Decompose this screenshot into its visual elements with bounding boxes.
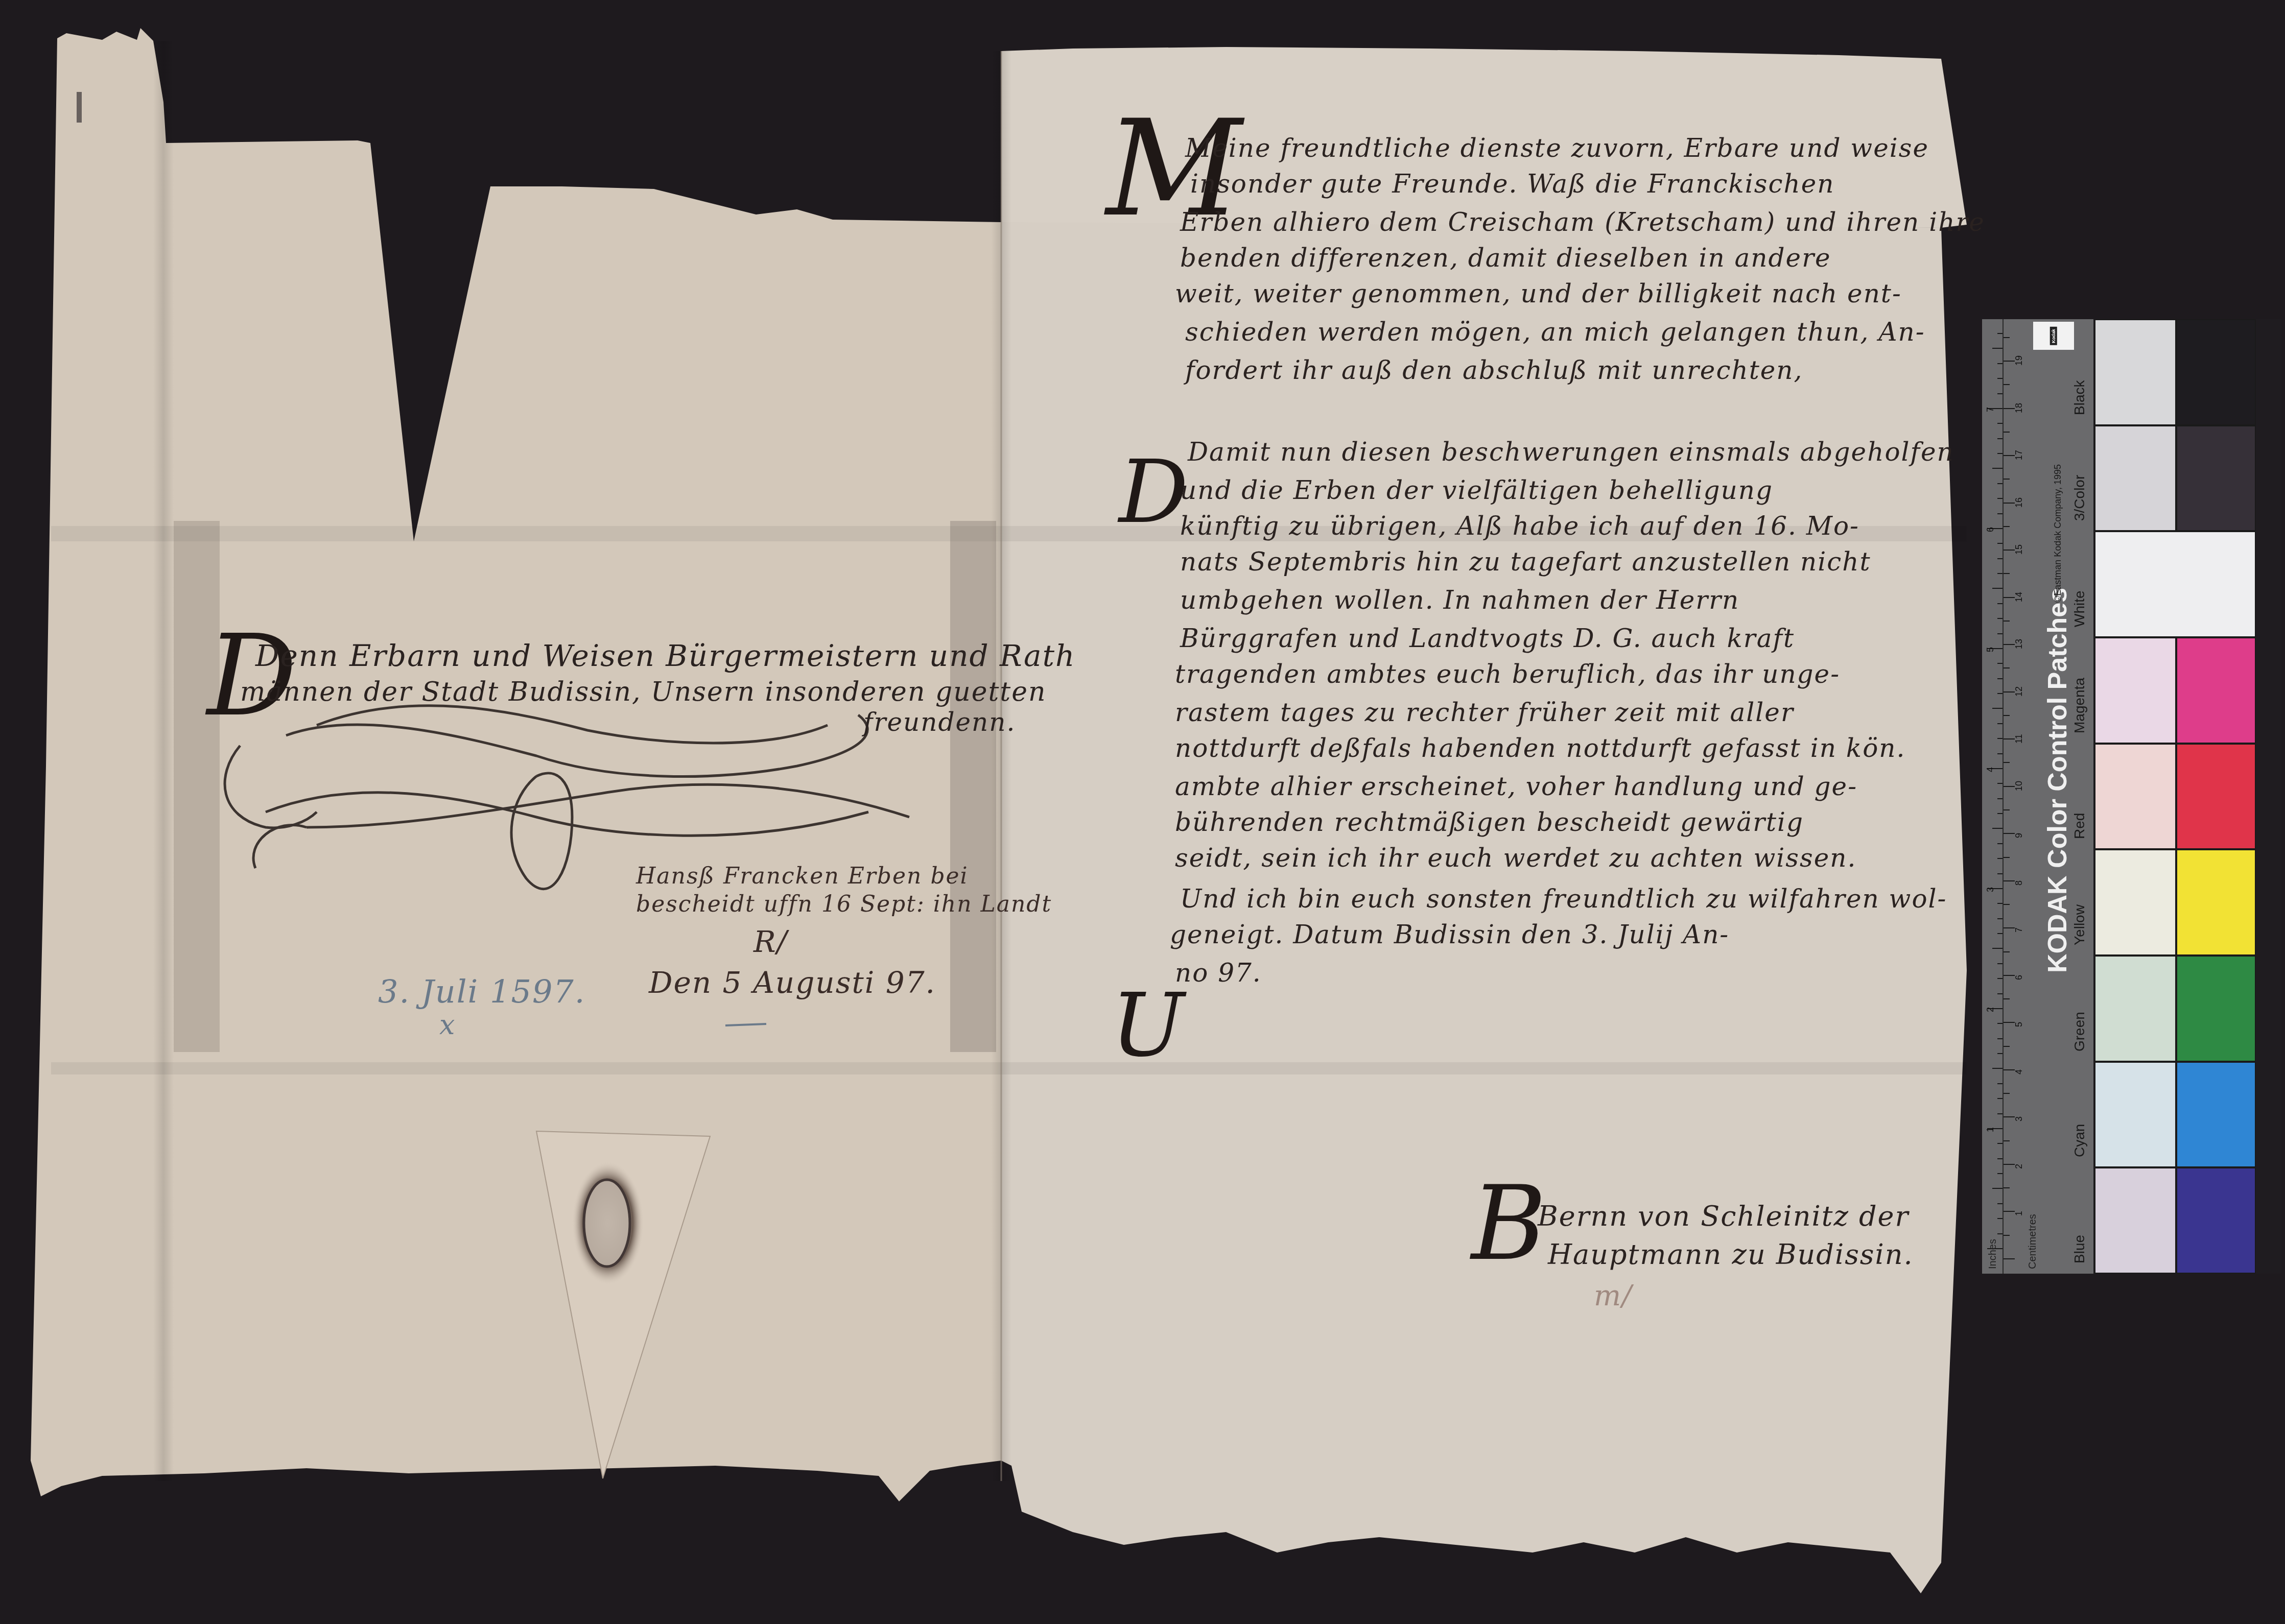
patch-blue-full — [2176, 1167, 2256, 1274]
inch-mark: 7 — [1985, 407, 1996, 412]
signature-line-1: Bernn von Schleinitz der — [1538, 1203, 1909, 1230]
patch-label: Magenta — [2071, 678, 2088, 733]
docket-mark: R/ — [753, 924, 788, 959]
patch-3-color-full — [2176, 425, 2256, 532]
centimetres-label: Centimetres — [2027, 1214, 2039, 1269]
cm-mark: 19 — [2014, 355, 2024, 366]
cm-mark: 6 — [2014, 975, 2024, 980]
pencil-mark: x — [439, 1009, 456, 1041]
cm-mark: 8 — [2014, 880, 2024, 886]
patch-yellow-light — [2094, 849, 2176, 956]
patch-cyan-light — [2094, 1062, 2176, 1168]
cm-mark: 1 — [2014, 1211, 2024, 1216]
letter-line: und die Erben der vielfältigen behelligu… — [1180, 477, 1773, 503]
letter-line: Erben alhiero dem Creischam (Kretscham) … — [1180, 209, 1985, 235]
letter-line: künftig zu übrigen, Alß habe ich auf den… — [1180, 513, 1859, 539]
pencil-date: 3. Juli 1597. — [378, 973, 586, 1010]
letter-line: Bürggrafen und Landtvogts D. G. auch kra… — [1180, 626, 1795, 651]
patch-yellow-full — [2176, 849, 2256, 956]
cm-mark: 14 — [2014, 592, 2024, 602]
patch-magenta-full — [2176, 637, 2256, 744]
cm-mark: 7 — [2014, 927, 2024, 933]
kodak-title: KODAK Color Control Patches — [2042, 588, 2073, 973]
cm-mark: 18 — [2014, 403, 2024, 413]
address-initial: D — [207, 610, 297, 741]
letter-line: tragenden ambtes euch beruflich, das ihr… — [1175, 661, 1840, 687]
patch-green-light — [2094, 956, 2176, 1062]
letter-line: Und ich bin euch sonsten freundtlich zu … — [1180, 886, 1947, 912]
letter-line: Damit nun diesen beschwerungen einsmals … — [1188, 439, 1954, 465]
cm-mark: 9 — [2014, 833, 2024, 838]
letter-line: nottdurft deßfals habenden nottdurft gef… — [1175, 735, 1905, 761]
cm-mark: 11 — [2014, 734, 2024, 744]
inch-mark: 2 — [1985, 1007, 1996, 1012]
inch-mark: 1 — [1985, 1127, 1996, 1132]
address-line-2: männen der Stadt Budissin, Unsern insond… — [240, 677, 1047, 707]
cm-mark: 15 — [2014, 544, 2024, 555]
signature-line-2: Hauptmann zu Budissin. — [1548, 1241, 1914, 1269]
letter-line: fordert ihr auß den abschluß mit unrecht… — [1185, 357, 1803, 383]
cm-mark: 4 — [2014, 1069, 2024, 1074]
patch-red-light — [2094, 744, 2176, 850]
patch-label: 3/Color — [2071, 475, 2088, 521]
patch-label: Cyan — [2071, 1124, 2088, 1157]
signature-initial-b: B — [1471, 1164, 1546, 1283]
patch-label: Yellow — [2071, 904, 2088, 945]
patch-3-color-light — [2094, 425, 2176, 532]
address-line-1: Denn Erbarn und Weisen Bürgermeistern un… — [255, 638, 1075, 673]
inch-mark: 6 — [1985, 527, 1996, 532]
patch-label: White — [2071, 590, 2088, 627]
docket-line-2: bescheidt uffn 16 Sept: ihn Landt — [636, 891, 1052, 917]
letter-line: schieden werden mögen, an mich gelangen … — [1185, 319, 1925, 345]
cm-mark: 12 — [2014, 686, 2024, 697]
letter-line: insonder gute Freunde. Waß die Franckisc… — [1190, 171, 1835, 197]
cm-mark: 13 — [2014, 639, 2024, 649]
letter-line: seidt, sein ich ihr euch werdet zu achte… — [1175, 845, 1856, 871]
received-date: Den 5 Augusti 97. — [649, 965, 936, 1000]
letter-line: bührenden rechtmäßigen bescheidt gewärti… — [1175, 809, 1804, 835]
inch-mark: 4 — [1985, 767, 1996, 772]
docket-line-1: Hansß Francken Erben bei — [636, 863, 969, 889]
patch-label: Blue — [2071, 1235, 2088, 1263]
letter-line: rastem tages zu rechter früher zeit mit … — [1175, 700, 1794, 725]
patch-label: Green — [2071, 1012, 2088, 1052]
patch-label: Red — [2071, 813, 2088, 839]
inch-ruler: 1234567 — [1984, 319, 2004, 1274]
cm-mark: 17 — [2014, 450, 2024, 460]
patch-cyan-full — [2176, 1062, 2256, 1168]
kodak-color-strip: 1234567 12345678910111213141516171819 Ko… — [1982, 319, 2281, 1274]
letter-line: geneigt. Datum Budissin den 3. Julij An- — [1170, 922, 1729, 947]
archive-pencil-mark: m/ — [1594, 1279, 1633, 1312]
letter-line: weit, weiter genommen, und der billigkei… — [1175, 281, 1902, 306]
cm-mark: 10 — [2014, 781, 2024, 791]
cm-mark: 3 — [2014, 1116, 2024, 1121]
patch-white — [2094, 531, 2256, 637]
patch-label: Black — [2071, 380, 2088, 415]
kodak-logo-icon: Kodak — [2033, 322, 2074, 350]
cm-mark: 16 — [2014, 497, 2024, 508]
cm-ruler: 12345678910111213141516171819 — [2004, 319, 2024, 1274]
cm-mark: 5 — [2014, 1022, 2024, 1027]
document-scan: D Denn Erbarn und Weisen Bürgermeistern … — [0, 0, 2285, 1624]
closing-initial-u: U — [1111, 975, 1184, 1077]
letter-line: ambte alhier erscheinet, voher handlung … — [1175, 774, 1857, 799]
patch-magenta-light — [2094, 637, 2176, 744]
inch-mark: 5 — [1985, 647, 1996, 652]
letter-line: umbgehen wollen. In nahmen der Herrn — [1180, 587, 1739, 613]
cm-mark: 2 — [2014, 1164, 2024, 1169]
patch-black-full — [2176, 319, 2256, 425]
letter-line: no 97. — [1175, 960, 1262, 986]
kodak-ruler-panel: 1234567 12345678910111213141516171819 Ko… — [1982, 319, 2093, 1274]
inch-mark: 3 — [1985, 887, 1996, 892]
address-line-3: freundenn. — [863, 707, 1016, 737]
paragraph-initial-d: D — [1119, 442, 1188, 543]
patch-green-full — [2176, 956, 2256, 1062]
patch-red-full — [2176, 744, 2256, 850]
patch-black-light — [2094, 319, 2176, 425]
letter-line: Meine freundtliche dienste zuvorn, Erbar… — [1185, 135, 1929, 161]
patch-blue-light — [2094, 1167, 2176, 1274]
letter-line: benden differenzen, damit dieselben in a… — [1180, 245, 1831, 271]
letter-line: nats Septembris hin zu tagefart anzustel… — [1180, 549, 1871, 575]
inches-label: Inches — [1987, 1239, 1999, 1269]
kodak-copyright: ©Eastman Kodak Company, 1995 — [2053, 464, 2063, 603]
